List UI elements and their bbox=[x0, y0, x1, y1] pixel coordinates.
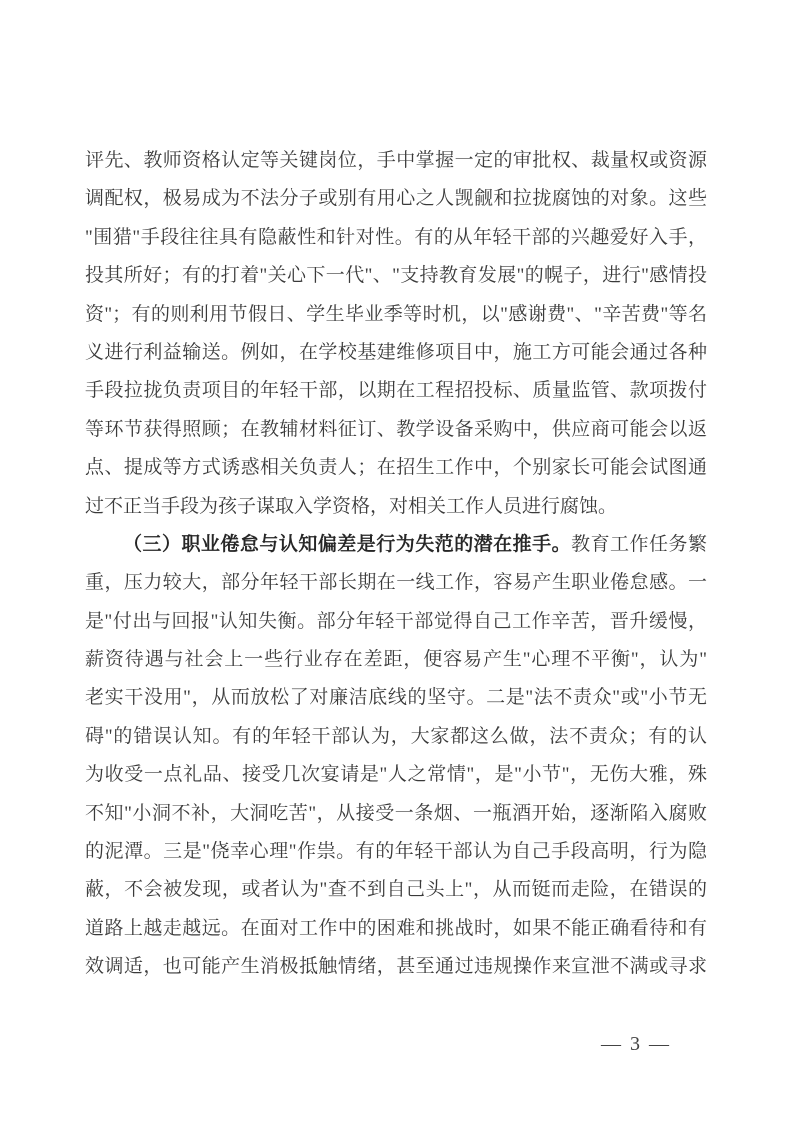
text-line: 评先、教师资格认定等关键岗位，手中掌握一定的审批权、裁量权或资源 bbox=[85, 142, 707, 180]
text-line: 重，压力较大，部分年轻干部长期在一线工作，容易产生职业倦怠感。一 bbox=[85, 564, 707, 602]
text-line: 不知"小洞不补，大洞吃苦"，从接受一条烟、一瓶酒开始，逐渐陷入腐败 bbox=[85, 795, 707, 833]
section-3-heading-line: （三）职业倦怠与认知偏差是行为失范的潜在推手。教育工作任务繁 bbox=[85, 526, 707, 564]
document-body: 评先、教师资格认定等关键岗位，手中掌握一定的审批权、裁量权或资源 调配权，极易成… bbox=[85, 142, 707, 987]
page-number: — 3 — bbox=[601, 1031, 671, 1057]
text-line: 手段拉拢负责项目的年轻干部，以期在工程招投标、质量监管、款项拨付 bbox=[85, 372, 707, 410]
document-page: 评先、教师资格认定等关键岗位，手中掌握一定的审批权、裁量权或资源 调配权，极易成… bbox=[0, 0, 793, 1122]
text-line: 老实干没用"，从而放松了对廉洁底线的坚守。二是"法不责众"或"小节无 bbox=[85, 679, 707, 717]
text-line: 调配权，极易成为不法分子或别有用心之人觊觎和拉拢腐蚀的对象。这些 bbox=[85, 180, 707, 218]
text-line: "围猎"手段往往具有隐蔽性和针对性。有的从年轻干部的兴趣爱好入手， bbox=[85, 219, 707, 257]
text-line: 薪资待遇与社会上一些行业存在差距，便容易产生"心理不平衡"，认为" bbox=[85, 641, 707, 679]
text-line: 是"付出与回报"认知失衡。部分年轻干部觉得自己工作辛苦，晋升缓慢， bbox=[85, 603, 707, 641]
text-line: 道路上越走越远。在面对工作中的困难和挑战时，如果不能正确看待和有 bbox=[85, 910, 707, 948]
text-line: 点、提成等方式诱惑相关负责人；在招生工作中，个别家长可能会试图通 bbox=[85, 449, 707, 487]
text-line: 的泥潭。三是"侥幸心理"作祟。有的年轻干部认为自己手段高明，行为隐 bbox=[85, 833, 707, 871]
text-line: 投其所好；有的打着"关心下一代"、"支持教育发展"的幌子，进行"感情投 bbox=[85, 257, 707, 295]
text-line: 义进行利益输送。例如，在学校基建维修项目中，施工方可能会通过各种 bbox=[85, 334, 707, 372]
section-3-heading-bold: （三）职业倦怠与认知偏差是行为失范的潜在推手。 bbox=[123, 534, 571, 555]
text-line: 等环节获得照顾；在教辅材料征订、教学设备采购中，供应商可能会以返 bbox=[85, 411, 707, 449]
text-line: 效调适，也可能产生消极抵触情绪，甚至通过违规操作来宣泄不满或寻求 bbox=[85, 948, 707, 986]
text-line: 碍"的错误认知。有的年轻干部认为，大家都这么做，法不责众；有的认 bbox=[85, 718, 707, 756]
text-line: 资"；有的则利用节假日、学生毕业季等时机，以"感谢费"、"辛苦费"等名 bbox=[85, 296, 707, 334]
section-3-heading-rest: 教育工作任务繁 bbox=[571, 534, 707, 555]
text-line: 过不正当手段为孩子谋取入学资格，对相关工作人员进行腐蚀。 bbox=[85, 488, 707, 526]
text-line: 为收受一点礼品、接受几次宴请是"人之常情"，是"小节"，无伤大雅，殊 bbox=[85, 756, 707, 794]
text-line: 蔽，不会被发现，或者认为"查不到自己头上"，从而铤而走险，在错误的 bbox=[85, 871, 707, 909]
